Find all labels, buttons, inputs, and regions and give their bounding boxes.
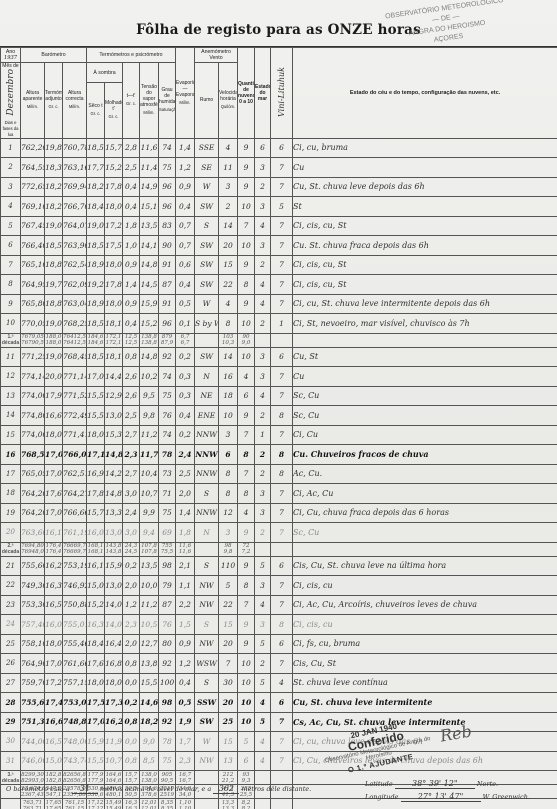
cell-v: 14,8 bbox=[140, 347, 159, 367]
cell-n: 7 bbox=[238, 595, 255, 615]
cell-h: 87 bbox=[159, 275, 176, 295]
cell-d: 0,9 bbox=[123, 294, 140, 314]
cell-v: 15,2 bbox=[140, 314, 159, 334]
sky-description: Cu, St bbox=[293, 347, 557, 367]
cell-r: N bbox=[195, 523, 219, 543]
cell-mar: 3 bbox=[255, 576, 271, 596]
cell-s: 19,0 bbox=[87, 216, 105, 236]
cell-x: 7 bbox=[271, 158, 293, 178]
cell-v: 11,7 bbox=[140, 445, 159, 465]
sky-description: Sc, Cu bbox=[293, 386, 557, 406]
cell-s: 18,5 bbox=[87, 314, 105, 334]
summary-x bbox=[271, 542, 293, 556]
cell-m: 16,2 bbox=[105, 712, 123, 732]
cell-mar: 3 bbox=[255, 503, 271, 523]
cell-r: NW bbox=[195, 595, 219, 615]
cell-v: 9,8 bbox=[140, 406, 159, 426]
cell-n: 9 bbox=[238, 615, 255, 635]
cell-p: 764,95 bbox=[21, 275, 45, 295]
cell-h: 74 bbox=[159, 138, 176, 158]
cell-p: 764,20 bbox=[21, 503, 45, 523]
summary-v: 138,8 138,8 bbox=[140, 333, 159, 347]
cell-n: 9 bbox=[238, 556, 255, 576]
cell-p: 763,60 bbox=[21, 523, 45, 543]
sky-description: Ci, cis, cu, St bbox=[293, 275, 557, 295]
cell-mar: 4 bbox=[255, 275, 271, 295]
day-cell: 23 bbox=[1, 595, 21, 615]
cell-r: SW bbox=[195, 275, 219, 295]
cell-x: 7 bbox=[271, 732, 293, 752]
cell-e: 1,5 bbox=[176, 615, 195, 635]
day-cell: 3 bbox=[1, 177, 21, 197]
cell-m: 13,3 bbox=[105, 503, 123, 523]
cell-x: 7 bbox=[271, 576, 293, 596]
summary-t: 176,4 176,4 bbox=[45, 542, 63, 556]
cell-s: 16,1 bbox=[87, 556, 105, 576]
cell-h: 79 bbox=[159, 576, 176, 596]
cell-t: 16,2 bbox=[45, 556, 63, 576]
day-cell: 15 bbox=[1, 425, 21, 445]
cell-mar: 3 bbox=[255, 484, 271, 504]
cell-c: 760,78 bbox=[63, 138, 87, 158]
cell-x: 7 bbox=[271, 523, 293, 543]
cell-s: 17,1 bbox=[87, 445, 105, 465]
cell-m: 17,2 bbox=[105, 216, 123, 236]
summary-vel: 98 9,8 bbox=[219, 542, 238, 556]
table-row: 14774,8016,6772,4915,513,02,59,8760,4ENE… bbox=[1, 406, 557, 426]
sky-description: Ci, cis, cu, St bbox=[293, 255, 557, 275]
cell-c: 748,00 bbox=[63, 732, 87, 752]
cell-t: 18,3 bbox=[45, 158, 63, 178]
cell-vel: 3 bbox=[219, 177, 238, 197]
summary-n: 72 7,2 bbox=[238, 542, 255, 556]
cell-t: 17,9 bbox=[45, 386, 63, 406]
day-cell: 19 bbox=[1, 503, 21, 523]
sky-description: Cu, St. chuva leve intermitente bbox=[293, 693, 557, 713]
table-row: 7765,1018,8762,5418,918,00,914,8910,6SW1… bbox=[1, 255, 557, 275]
summary-c: 76669,7 76669,7 bbox=[63, 542, 87, 556]
cell-n: 9 bbox=[238, 294, 255, 314]
cell-m: 18,0 bbox=[105, 255, 123, 275]
table-row: 16768,5017,0766,0517,114,82,311,7782,4NN… bbox=[1, 445, 557, 465]
cell-t: 15,0 bbox=[45, 751, 63, 771]
cell-n: 9 bbox=[238, 158, 255, 178]
anemometer-header: AnemómetroVento bbox=[195, 48, 238, 63]
cell-c: 763,90 bbox=[63, 236, 87, 256]
cell-p: 759,70 bbox=[21, 673, 45, 693]
cell-mar: 3 bbox=[255, 615, 271, 635]
cell-e: 0,2 bbox=[176, 347, 195, 367]
table-row: 5767,4519,0764,0719,017,21,813,5830,7S14… bbox=[1, 216, 557, 236]
cell-e: 0,4 bbox=[176, 406, 195, 426]
cell-h: 92 bbox=[159, 654, 176, 674]
cell-e: 0,9 bbox=[176, 177, 195, 197]
day-cell: 29 bbox=[1, 712, 21, 732]
cell-t: 18,2 bbox=[45, 177, 63, 197]
cell-mar: 4 bbox=[255, 751, 271, 771]
cell-h: 75 bbox=[159, 386, 176, 406]
cell-c: 753,04 bbox=[63, 693, 87, 713]
cell-x: 6 bbox=[271, 556, 293, 576]
sky-description: Cu. St. chuva fraca depois das 6h bbox=[293, 236, 557, 256]
summary-p: 7679,05 76790,5 bbox=[21, 333, 45, 347]
cell-t: 17,0 bbox=[45, 445, 63, 465]
cell-v: 14,6 bbox=[140, 693, 159, 713]
day-cell: 16 bbox=[1, 445, 21, 465]
cell-n: 8 bbox=[238, 445, 255, 465]
cell-e: 0,4 bbox=[176, 275, 195, 295]
cell-v: 18,2 bbox=[140, 712, 159, 732]
cell-s: 16,9 bbox=[87, 464, 105, 484]
table-row: 22749,3016,3746,9215,013,02,010,0791,1NW… bbox=[1, 576, 557, 596]
cell-t: 18,5 bbox=[45, 236, 63, 256]
cell-c: 750,88 bbox=[63, 595, 87, 615]
cell-d: 2,0 bbox=[123, 576, 140, 596]
cell-m: 12,9 bbox=[105, 386, 123, 406]
cell-s: 17,5 bbox=[87, 693, 105, 713]
cell-mar: 5 bbox=[255, 712, 271, 732]
cell-h: 83 bbox=[159, 216, 176, 236]
cell-p: 764,20 bbox=[21, 484, 45, 504]
decade-summary-row: 2.ª década7694,80 76948,0176,4 176,47666… bbox=[1, 542, 557, 556]
cell-v: 11,4 bbox=[140, 158, 159, 178]
cell-m: 13,0 bbox=[105, 523, 123, 543]
cell-p: 762,20 bbox=[21, 138, 45, 158]
table-row: 8764,9519,7762,0919,217,81,414,5870,4SW2… bbox=[1, 275, 557, 295]
cell-x: 7 bbox=[271, 236, 293, 256]
cell-s: 18,4 bbox=[87, 634, 105, 654]
cell-s: 15,5 bbox=[87, 406, 105, 426]
cell-mar: 4 bbox=[255, 732, 271, 752]
cell-e: 0,1 bbox=[176, 314, 195, 334]
cell-v: 10,2 bbox=[140, 367, 159, 387]
cell-vel: 10 bbox=[219, 406, 238, 426]
day-cell: 20 bbox=[1, 523, 21, 543]
cell-n: 9 bbox=[238, 177, 255, 197]
cell-t: 20,0 bbox=[45, 367, 63, 387]
cell-e: 0,7 bbox=[176, 236, 195, 256]
cell-t: 18,2 bbox=[45, 197, 63, 217]
latitude: Latitude 38° 39' 12" Norte. bbox=[365, 779, 498, 789]
observations-table: Ano1937 Barómetro Termómetros e psicróme… bbox=[0, 47, 557, 809]
barometer-distance-value: 362 bbox=[213, 784, 239, 794]
cell-t: 17,6 bbox=[45, 484, 63, 504]
cell-s: 17,7 bbox=[87, 158, 105, 178]
cell-m: 15,9 bbox=[105, 556, 123, 576]
cell-h: 76 bbox=[159, 615, 176, 635]
cell-vel: 22 bbox=[219, 595, 238, 615]
cell-h: 87 bbox=[159, 595, 176, 615]
summary-mar bbox=[255, 333, 271, 347]
table-row: 3772,6518,2769,9418,217,80,414,9960,9W39… bbox=[1, 177, 557, 197]
cell-m: 14,0 bbox=[105, 595, 123, 615]
cell-m: 17,8 bbox=[105, 275, 123, 295]
cell-v: 11,2 bbox=[140, 425, 159, 445]
cell-vel: 20 bbox=[219, 634, 238, 654]
summary-m: 172,1 172,1 bbox=[105, 333, 123, 347]
cell-v: 11,6 bbox=[140, 138, 159, 158]
cell-m: 18,0 bbox=[105, 294, 123, 314]
cell-r: SSW bbox=[195, 693, 219, 713]
summary-h: 879 87,9 bbox=[159, 333, 176, 347]
cell-v: 12,7 bbox=[140, 634, 159, 654]
sky-description: St bbox=[293, 197, 557, 217]
summary-s: 184,6 184,6 bbox=[87, 333, 105, 347]
cell-mar: 3 bbox=[255, 367, 271, 387]
cell-n: 9 bbox=[238, 523, 255, 543]
cell-n: 4 bbox=[238, 367, 255, 387]
summary-e: 11,6 11,6 bbox=[176, 542, 195, 556]
cell-n: 7 bbox=[238, 464, 255, 484]
sea-state-header: Estado do mar bbox=[255, 48, 271, 139]
cell-vel: 12 bbox=[219, 503, 238, 523]
cell-t: 16,1 bbox=[45, 523, 63, 543]
cell-n: 8 bbox=[238, 275, 255, 295]
cell-d: 0,2 bbox=[123, 556, 140, 576]
cell-m: 17,8 bbox=[105, 177, 123, 197]
cell-e: 1,4 bbox=[176, 138, 195, 158]
cell-mar: 2 bbox=[255, 523, 271, 543]
cell-h: 75 bbox=[159, 503, 176, 523]
cell-t: 19,7 bbox=[45, 275, 63, 295]
cell-s: 17,8 bbox=[87, 484, 105, 504]
longitude: Longitude 27° 13' 47" W. Greenwich. bbox=[365, 792, 530, 802]
cell-n: 8 bbox=[238, 576, 255, 596]
cell-v: 9,5 bbox=[140, 386, 159, 406]
cell-s: 15,5 bbox=[87, 751, 105, 771]
cell-vel: 8 bbox=[219, 314, 238, 334]
cell-p: 746,00 bbox=[21, 751, 45, 771]
cell-r: SW bbox=[195, 712, 219, 732]
cell-e: 0,9 bbox=[176, 634, 195, 654]
table-row: 30744,0016,5748,0015,911,90,09,0781,7W15… bbox=[1, 732, 557, 752]
cell-mar: 4 bbox=[255, 294, 271, 314]
table-row: 19764,2017,0766,6615,713,32,49,9751,4NNW… bbox=[1, 503, 557, 523]
cell-vel: 11 bbox=[219, 158, 238, 178]
cell-r: NNW bbox=[195, 503, 219, 523]
cell-n: 10 bbox=[238, 314, 255, 334]
cell-p: 772,65 bbox=[21, 177, 45, 197]
cell-p: 749,30 bbox=[21, 576, 45, 596]
cell-mar: 2 bbox=[255, 255, 271, 275]
cell-n: 10 bbox=[238, 693, 255, 713]
cell-c: 769,94 bbox=[63, 177, 87, 197]
cell-p: 774,14 bbox=[21, 367, 45, 387]
sky-description: Cu bbox=[293, 158, 557, 178]
sky-description: Ci, cu, St. chuva leve intermitente depo… bbox=[293, 294, 557, 314]
cell-h: 96 bbox=[159, 197, 176, 217]
cell-t: 17,0 bbox=[45, 503, 63, 523]
cell-h: 78 bbox=[159, 732, 176, 752]
table-row: 26764,9017,0761,6617,616,80,813,8921,2WS… bbox=[1, 654, 557, 674]
cell-e: 2,4 bbox=[176, 445, 195, 465]
table-row: 20763,6016,1761,1916,013,03,09,4691,8N39… bbox=[1, 523, 557, 543]
cell-mar: 3 bbox=[255, 347, 271, 367]
summary-d: 24,3 24,5 bbox=[123, 542, 140, 556]
cell-h: 98 bbox=[159, 556, 176, 576]
cell-mar: 5 bbox=[255, 634, 271, 654]
cell-s: 15,0 bbox=[87, 576, 105, 596]
cell-mar: 1 bbox=[255, 425, 271, 445]
cell-n: 10 bbox=[238, 673, 255, 693]
cell-r: NW bbox=[195, 576, 219, 596]
cell-r: SW bbox=[195, 255, 219, 275]
table-row: 17765,0517,0762,5116,914,22,710,4732,5NN… bbox=[1, 464, 557, 484]
sky-description: Cis, Cu, St bbox=[293, 654, 557, 674]
cell-m: 14,4 bbox=[105, 367, 123, 387]
cell-h: 100 bbox=[159, 673, 176, 693]
cell-t: 17,4 bbox=[45, 693, 63, 713]
cell-vel: 25 bbox=[219, 712, 238, 732]
cell-vel: 20 bbox=[219, 693, 238, 713]
table-row: 29751,3016,6748,8517,016,20,818,2921,9SW… bbox=[1, 712, 557, 732]
table-row: 23753,3016,5750,8815,214,01,211,2872,2NW… bbox=[1, 595, 557, 615]
cell-v: 15,9 bbox=[140, 294, 159, 314]
cell-s: 15,7 bbox=[87, 503, 105, 523]
cell-m: 15,3 bbox=[105, 425, 123, 445]
sky-description: Ci, St, nevoeiro, mar visível, chuvisco … bbox=[293, 314, 557, 334]
sky-description: Cu, St. chuva leve depois das 6h bbox=[293, 177, 557, 197]
cell-c: 743,74 bbox=[63, 751, 87, 771]
table-row: 27759,7017,2757,1518,018,00,015,51000,4S… bbox=[1, 673, 557, 693]
cell-s: 17,0 bbox=[87, 712, 105, 732]
cell-m: 14,8 bbox=[105, 445, 123, 465]
table-row: 11771,2519,0768,4518,518,10,814,8920,2SW… bbox=[1, 347, 557, 367]
cell-m: 18,0 bbox=[105, 673, 123, 693]
cell-s: 18,5 bbox=[87, 138, 105, 158]
cell-h: 96 bbox=[159, 314, 176, 334]
sky-description: Cis, Cu, St. chuva leve na última hora bbox=[293, 556, 557, 576]
cell-m: 15,7 bbox=[105, 138, 123, 158]
cell-p: 764,55 bbox=[21, 158, 45, 178]
shade-header: À sombra bbox=[87, 63, 123, 83]
cell-r: NNW bbox=[195, 445, 219, 465]
cell-d: 0,8 bbox=[123, 654, 140, 674]
cell-s: 16,3 bbox=[87, 615, 105, 635]
cell-c: 761,66 bbox=[63, 654, 87, 674]
cell-v: 9,4 bbox=[140, 523, 159, 543]
cell-m: 16,8 bbox=[105, 654, 123, 674]
cell-c: 772,49 bbox=[63, 406, 87, 426]
cell-c: 766,05 bbox=[63, 445, 87, 465]
cell-vel: 4 bbox=[219, 138, 238, 158]
cell-vel: 15 bbox=[219, 615, 238, 635]
cell-d: 3,0 bbox=[123, 523, 140, 543]
month-header: Mês deDezembroDias e fases da lua bbox=[1, 63, 21, 139]
cell-v: 13,5 bbox=[140, 556, 159, 576]
sky-description: Ci, cu, bruma bbox=[293, 138, 557, 158]
day-cell: 13 bbox=[1, 386, 21, 406]
cell-h: 69 bbox=[159, 523, 176, 543]
cell-v: 9,0 bbox=[140, 732, 159, 752]
cell-x: 7 bbox=[271, 386, 293, 406]
cell-d: 2,0 bbox=[123, 634, 140, 654]
cell-d: 0,4 bbox=[123, 314, 140, 334]
cell-c: 771,41 bbox=[63, 425, 87, 445]
cell-c: 757,15 bbox=[63, 673, 87, 693]
cell-e: 1,2 bbox=[176, 158, 195, 178]
cell-e: 1,2 bbox=[176, 654, 195, 674]
cell-s: 16,0 bbox=[87, 523, 105, 543]
cell-v: 8,5 bbox=[140, 751, 159, 771]
day-cell: 4 bbox=[1, 197, 21, 217]
cell-n: 7 bbox=[238, 425, 255, 445]
corrected-height-header: Altura correctaMilím. bbox=[63, 63, 87, 139]
summary-r bbox=[195, 333, 219, 347]
cell-x: 5 bbox=[271, 197, 293, 217]
cell-t: 19,0 bbox=[45, 216, 63, 236]
cell-d: 2,5 bbox=[123, 158, 140, 178]
thermometers-header: Termómetros e psicrómetro bbox=[87, 48, 176, 63]
summary-n: 90 9,0 bbox=[238, 333, 255, 347]
table-row: 28755,6017,4753,0417,517,30,214,6980,5SS… bbox=[1, 693, 557, 713]
cell-e: 1,1 bbox=[176, 576, 195, 596]
cell-d: 2,5 bbox=[123, 406, 140, 426]
cell-vel: 15 bbox=[219, 255, 238, 275]
table-row: 24757,4016,0755,0116,314,02,310,5761,5S1… bbox=[1, 615, 557, 635]
cell-x: 6 bbox=[271, 693, 293, 713]
cell-t: 19,0 bbox=[45, 314, 63, 334]
sky-description: Sc, Cu bbox=[293, 523, 557, 543]
cell-h: 91 bbox=[159, 294, 176, 314]
cell-t: 17,0 bbox=[45, 654, 63, 674]
vapour-tension-header: Tensão do vapor atmosféricoMilím. bbox=[140, 63, 159, 139]
cell-h: 76 bbox=[159, 406, 176, 426]
cell-vel: 15 bbox=[219, 732, 238, 752]
cell-d: 0,8 bbox=[123, 347, 140, 367]
summary-vel: 103 10,3 bbox=[219, 333, 238, 347]
cell-t: 18,8 bbox=[45, 294, 63, 314]
day-cell: 7 bbox=[1, 255, 21, 275]
cell-h: 92 bbox=[159, 347, 176, 367]
cell-p: 758,10 bbox=[21, 634, 45, 654]
cell-t: 17,2 bbox=[45, 673, 63, 693]
cell-n: 6 bbox=[238, 386, 255, 406]
cell-e: 0,7 bbox=[176, 216, 195, 236]
cell-s: 19,2 bbox=[87, 275, 105, 295]
cell-c: 768,45 bbox=[63, 347, 87, 367]
table-row: 12774,1420,0771,1417,014,42,610,2740,3N1… bbox=[1, 367, 557, 387]
cell-x: 7 bbox=[271, 425, 293, 445]
cell-h: 74 bbox=[159, 425, 176, 445]
wind-speed-header: Velocidade horáriaQuilóm. bbox=[219, 63, 238, 139]
cell-v: 14,5 bbox=[140, 275, 159, 295]
cell-n: 10 bbox=[238, 712, 255, 732]
day-cell: 25 bbox=[1, 634, 21, 654]
cell-mar: 6 bbox=[255, 138, 271, 158]
cell-n: 9 bbox=[238, 138, 255, 158]
cell-h: 80 bbox=[159, 634, 176, 654]
cell-c: 768,25 bbox=[63, 314, 87, 334]
cell-m: 10,7 bbox=[105, 751, 123, 771]
cell-e: 0,4 bbox=[176, 197, 195, 217]
footer: O barómetro está a 31 metros acima do ní… bbox=[0, 780, 557, 809]
cell-t: 17,0 bbox=[45, 464, 63, 484]
cell-r: S bbox=[195, 556, 219, 576]
cell-x: 8 bbox=[271, 464, 293, 484]
cell-mar: 2 bbox=[255, 445, 271, 465]
cell-x: 7 bbox=[271, 294, 293, 314]
cell-r: NW bbox=[195, 634, 219, 654]
cell-x: 7 bbox=[271, 712, 293, 732]
day-cell: 21 bbox=[1, 556, 21, 576]
cell-r: SSE bbox=[195, 138, 219, 158]
summary-d: 12,5 12,5 bbox=[123, 333, 140, 347]
cell-vel: 16 bbox=[219, 367, 238, 387]
cell-d: 1,4 bbox=[123, 275, 140, 295]
cell-m: 17,3 bbox=[105, 693, 123, 713]
summary-mar bbox=[255, 542, 271, 556]
